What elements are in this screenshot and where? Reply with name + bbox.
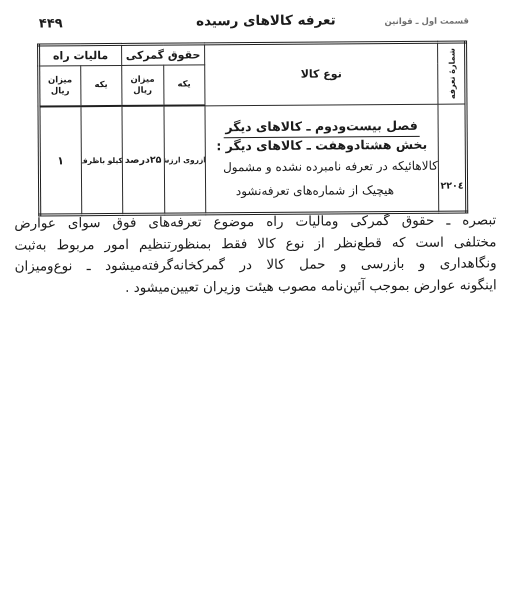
note-line: اینگونه عوارض بموجب آئین‌نامه مصوب هیئت … [15,275,497,300]
tariff-number-cell: ۲۲۰٤ [438,104,467,213]
road-tax-unit-header: یکه [80,65,122,106]
table-row: ۲۲۰٤ فصل بیست‌ودوم ـ کالاهای دیگر بخش هش… [39,104,467,215]
tariff-table: شمارهٔ تعرفه نوع کالا حقوق گمرکی مالیات … [37,41,468,217]
goods-type-column-header: نوع کالا [205,42,438,105]
chapter-heading: فصل بیست‌ودوم ـ کالاهای دیگر [206,118,438,135]
note-line: تبصره ـ حقوق گمرکی ومالیات راه موضوع تعر… [14,210,496,235]
road-tax-amount-value: ۱ [39,106,81,215]
customs-amount-value: ۲۵درصد [122,106,164,215]
item-description-line2: هیچیک از شماره‌های تعرفه‌نشود [206,183,438,199]
customs-duty-group-header: حقوق گمرکی [122,44,205,66]
tariff-number-value: ۲۲۰٤ [439,180,465,191]
chapter-heading-text: فصل بیست‌ودوم ـ کالاهای دیگر [223,118,420,138]
section-heading: بخش هشتادوهفت ـ کالاهای دیگر : [206,137,438,154]
scanned-page: ۴۴۹ تعرفه کالاهای رسیده قسمت اول ـ قوانی… [0,0,512,600]
customs-amount-header: میزان ریال [122,65,164,106]
road-tax-group-header: مالیات راه [39,44,122,66]
note-paragraph: تبصره ـ حقوق گمرکی ومالیات راه موضوع تعر… [14,210,497,299]
page-header: ۴۴۹ تعرفه کالاهای رسیده قسمت اول ـ قوانی… [0,9,511,35]
item-description-line1: کالاهائیکه در تعرفه نامبرده نشده و مشمول [206,159,438,175]
road-tax-unit-value: کیلو باظرف [80,106,122,215]
tariff-number-column-header: شمارهٔ تعرفه [438,42,466,104]
note-line: ونگاهداری و بازرسی و حمل کالا در گمرکخان… [15,253,497,278]
edition-label: قسمت اول ـ قوانین [384,17,468,28]
customs-unit-header: یکه [163,65,205,106]
road-tax-amount-header: میزان ریال [39,66,81,107]
goods-description-cell: فصل بیست‌ودوم ـ کالاهای دیگر بخش هشتادوه… [205,104,439,214]
customs-unit-value: ازروی ارزش [163,105,205,214]
tariff-number-column-label: شمارهٔ تعرفه [448,48,457,99]
